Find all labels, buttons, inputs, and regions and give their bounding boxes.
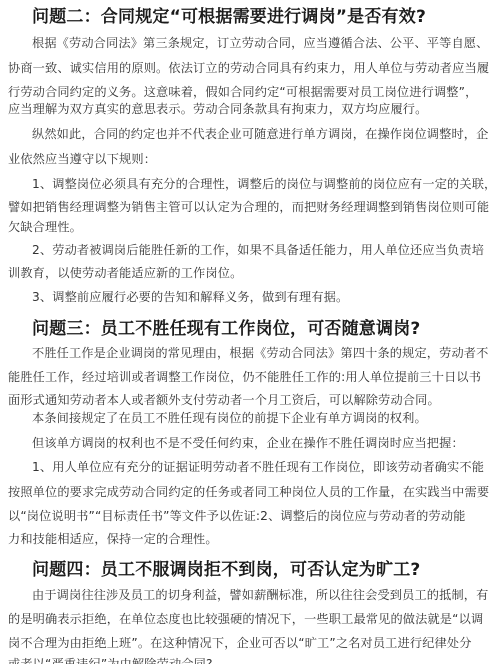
- paragraph-line: 欠缺合理性。: [8, 218, 82, 235]
- paragraph-line: 应当理解为双方真实的意思表示。劳动合同条款具有拘束力，双方均应履行。: [8, 100, 427, 117]
- paragraph-line: 岗不合理为由拒绝上班”。在这种情况下，企业可否以“旷工”之名对员工进行纪律处分: [8, 634, 472, 651]
- list-item-3: 3、调整前应履行必要的告知和解释义务，做到有理有据。: [32, 288, 348, 305]
- paragraph-line: 训教育，以使劳动者能适应新的工作岗位。: [8, 264, 242, 281]
- paragraph-line: 根据《劳动合同法》第三条规定，订立劳动合同，应当遵循合法、公平、平等自愿、: [32, 34, 489, 51]
- section-heading-q4: 问题四：员工不服调岗拒不到岗，可否认定为旷工?: [32, 555, 420, 580]
- paragraph-line: 由于调岗往往涉及员工的切身利益，譬如薪酬标准，所以往往会受到员工的抵制，有: [32, 586, 489, 603]
- section-heading-q3: 问题三：员工不胜任现有工作岗位，可否随意调岗?: [32, 314, 420, 339]
- paragraph-line: 但该单方调岗的权利也不是不受任何约束，企业在操作不胜任调岗时应当把握：: [32, 434, 464, 451]
- paragraph-line: 或者以“严重违纪”为由解除劳动合同?: [8, 655, 213, 664]
- paragraph-line: 纵然如此，合同的约定也并不代表企业可随意进行单方调岗，在操作岗位调整时，企: [32, 125, 489, 142]
- paragraph-line: 面形式通知劳动者本人或者额外支付劳动者一个月工资后，可以解除劳动合同。: [8, 391, 440, 408]
- paragraph-line: 行劳动合同约定的义务。这意味着，假如合同约定“可根据需要对员工岗位进行调整”，: [8, 83, 477, 100]
- paragraph-line: 按照单位的要求完成劳动合同约定的任务或者同工种岗位人员的工作量，在实践当中需要: [8, 483, 489, 500]
- section-heading-q2: 问题二：合同规定“可根据需要进行调岗”是否有效?: [32, 2, 426, 27]
- paragraph-line: 以“岗位说明书”“目标责任书”等文件予以佐证:2、调整后的岗位应与劳动者的劳动能: [8, 507, 466, 524]
- list-item-1: 1、调整岗位必须具有充分的合理性，调整后的岗位与调整前的岗位应有一定的关联，: [32, 175, 496, 192]
- paragraph-line: 不胜任工作是企业调岗的常见理由，根据《劳动合同法》第四十条的规定，劳动者不: [32, 344, 489, 361]
- paragraph-line: 能胜任工作，经过培训或者调整工作岗位，仍不能胜任工作的:用人单位提前三十日以书: [8, 368, 481, 385]
- paragraph-line: 本条间接规定了在员工不胜任现有岗位的前提下企业有单方调岗的权利。: [32, 409, 427, 426]
- paragraph-line: 协商一致、诚实信用的原则。依法订立的劳动合同具有约束力，用人单位与劳动者应当履: [8, 59, 489, 76]
- paragraph-line: 力和技能相适应，保持一定的合理性。: [8, 530, 218, 547]
- paragraph-line: 业依然应当遵守以下规则：: [8, 150, 156, 167]
- list-item-1: 1、用人单位应有充分的证据证明劳动者不胜任现有工作岗位，即该劳动者确实不能: [32, 458, 484, 475]
- list-item-2: 2、劳动者被调岗后能胜任新的工作，如果不具备适任能力，用人单位还应当负责培: [32, 241, 484, 258]
- paragraph-line: 的是明确表示拒绝，在单位态度也比较强硬的情况下，一些职工最常见的做法就是“以调: [8, 610, 483, 627]
- paragraph-line: 譬如把销售经理调整为销售主管可以认定为合理的，而把财务经理调整到销售岗位则可能: [8, 198, 489, 215]
